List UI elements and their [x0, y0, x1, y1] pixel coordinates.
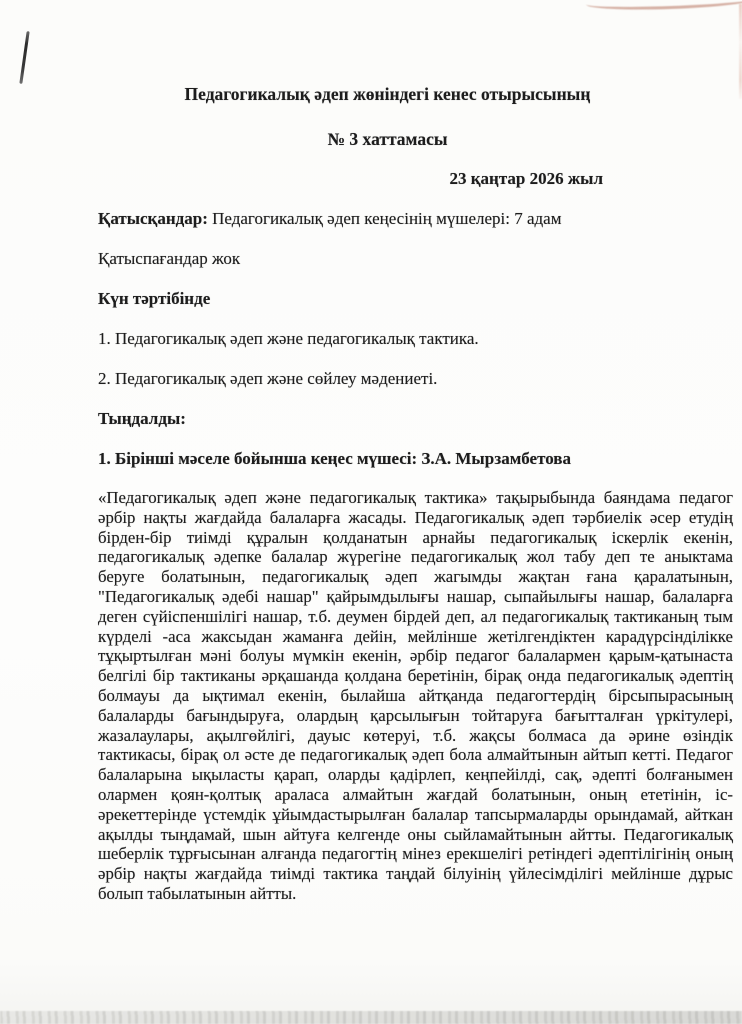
speaker-heading: 1. Бірінші мәселе бойынша кеңес мүшесі: … — [98, 448, 733, 469]
agenda-item-1: 1. Педагогикалық әдеп және педагогикалық… — [98, 328, 733, 349]
agenda-item-2: 2. Педагогикалық әдеп және сөйлеу мәдени… — [98, 368, 733, 389]
attendees-line: Қатысқандар: Педагогикалық әдеп кеңесіні… — [98, 208, 733, 229]
top-edge-smudge-artifact — [586, 0, 742, 12]
document-content: Педагогикалық әдеп жөніндегі кенес отыры… — [98, 84, 733, 904]
heard-heading: Тыңдалды: — [98, 408, 733, 429]
document-title: Педагогикалық әдеп жөніндегі кенес отыры… — [98, 84, 733, 105]
protocol-number: № 3 хаттамасы — [98, 129, 733, 150]
absent-line: Қатыспағандар жок — [98, 248, 733, 269]
minutes-body-paragraph: «Педагогикалық әдеп және педагогикалық т… — [98, 488, 733, 904]
document-date: 23 қаңтар 2026 жыл — [98, 168, 733, 189]
attendees-label: Қатысқандар: — [98, 209, 208, 228]
scanner-noise-band — [0, 1011, 742, 1024]
agenda-heading: Күн тәртібінде — [98, 288, 733, 309]
attendees-value: Педагогикалық әдеп кеңесінің мүшелері: 7… — [212, 209, 561, 228]
pen-stroke-artifact — [19, 31, 29, 84]
scanned-document-page: Педагогикалық әдеп жөніндегі кенес отыры… — [0, 0, 742, 1024]
